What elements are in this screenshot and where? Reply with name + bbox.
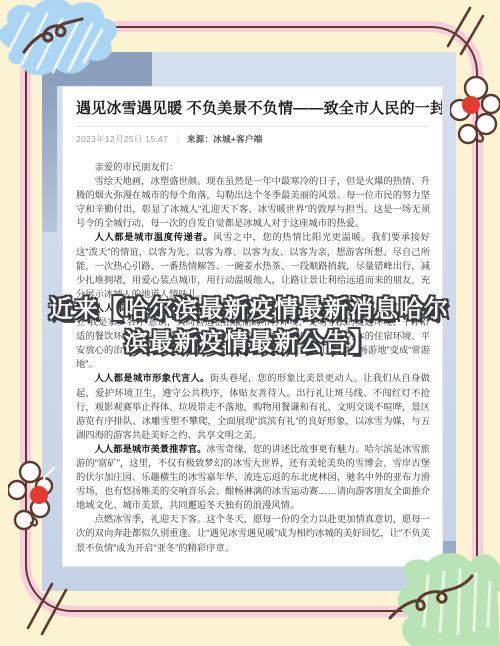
slash-marks-icon <box>440 0 500 60</box>
paragraph: 人人都是城市形象代言人。街头巷尾，您的形象比美景更动人。让我们从自身做起，爱护环… <box>76 371 430 441</box>
flower-cloud-with-red-heart-icon <box>450 76 500 148</box>
title-divider <box>76 126 430 127</box>
green-bush-scribble-icon <box>378 546 500 646</box>
slash-marks-icon <box>18 568 78 638</box>
paragraph: 点燃冰雪季，礼迎天下客。这个冬天，愿每一份的全力以赴更加情真意切，愿每一次的双向… <box>76 512 430 554</box>
meta-separator: ｜ <box>173 134 182 144</box>
banner-line-1: 近来【哈尔滨最新疫情最新消息哈尔 <box>42 293 456 326</box>
paragraph: 雪绘天地画，冰塑盛世颜。现在虽然是一年中最寒冷的日子，但是火爆的热情、升腾的烟火… <box>76 174 430 230</box>
paragraph: 人人都是城市温度传递者。风雪之中，您的热情比阳光更温暖。我们要承接好这“泼天”的… <box>76 230 430 300</box>
article-source: 来源：冰城+客户端 <box>187 134 263 144</box>
article-meta: 2023年12月25日 15:47｜来源：冰城+客户端 <box>76 133 430 145</box>
salutation: 亲爱的市民朋友们： <box>76 160 430 174</box>
screenshot-dark-band <box>42 82 57 232</box>
heart-icon <box>462 96 480 114</box>
heart-icon <box>30 486 48 504</box>
blue-cloud-scribble-icon <box>0 0 142 94</box>
article-date: 2023年12月25日 15:47 <box>76 134 168 144</box>
flower-cloud-with-red-heart-icon <box>8 458 58 534</box>
overlay-banner: 近来【哈尔滨最新疫情最新消息哈尔 滨最新疫情最新公告】 <box>42 293 456 359</box>
paragraph: 人人都是城市美景推荐官。冰雪奇缘，您的讲述比故事更有魅力。哈尔滨是冰雪旅游的“富… <box>76 442 430 512</box>
article-title: 遇见冰雪遇见暖 不负美景不负情——致全市人民的一封信 <box>76 98 430 120</box>
banner-line-2: 滨最新疫情最新公告】 <box>42 326 456 359</box>
